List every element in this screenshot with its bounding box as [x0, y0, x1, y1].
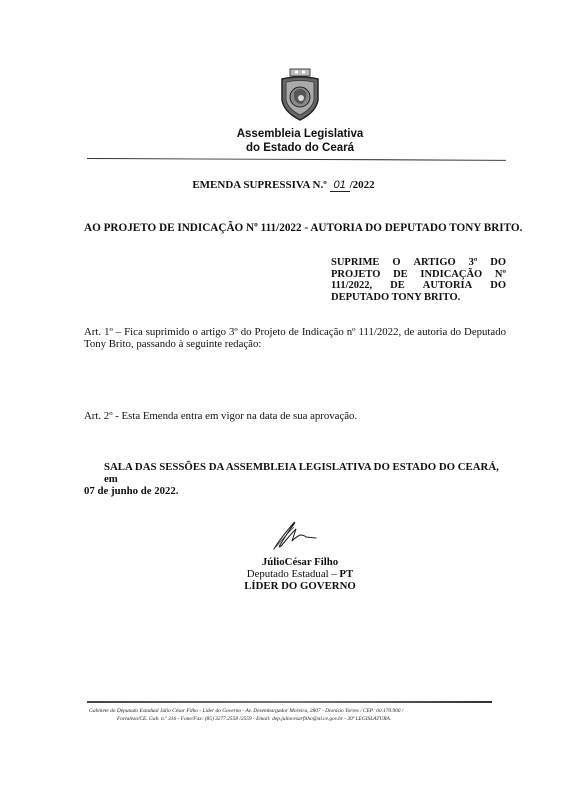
institution-name-line2: do Estado do Ceará [200, 141, 400, 155]
ementa-word: AUTORIA [423, 280, 472, 292]
footer-divider [87, 701, 492, 703]
session-hall-line1: SALA DAS SESSÕES DA ASSEMBLEIA LEGISLATI… [84, 461, 506, 485]
session-date: 07 de junho de 2022. [84, 485, 506, 497]
ementa-word: DO [490, 280, 506, 292]
ementa-word: SUPRIME [331, 257, 379, 269]
ementa-word: 111/2022, [331, 280, 372, 292]
amendment-number: 01 [330, 179, 350, 192]
amendment-title-suffix: /2022 [350, 179, 375, 191]
header-divider [87, 158, 506, 161]
signatory-title: LÍDER DO GOVERNO [200, 580, 400, 592]
signatory-role-text: Deputado Estadual – [247, 568, 340, 580]
ementa-line: DEPUTADO TONY BRITO. [331, 292, 506, 304]
signatory-role: Deputado Estadual – PT [200, 568, 400, 580]
institution-name-line1: Assembleia Legislativa [200, 127, 400, 141]
ementa-word: DO [490, 257, 506, 269]
ementa-word: INDICAÇÃO [420, 269, 482, 281]
amendment-title-prefix: EMENDA SUPRESSIVA N.º [192, 179, 329, 191]
ementa-word: O [392, 257, 400, 269]
footer-address-line1: Gabinete do Deputado Estadual Júlio Césa… [89, 707, 403, 715]
ementa-word: DE [390, 280, 405, 292]
ementa-word: DE [393, 269, 408, 281]
ementa-block: SUPRIMEOARTIGO3ºDOPROJETODEINDICAÇÃONº11… [331, 257, 506, 303]
ementa-word: Nº [495, 269, 506, 281]
ementa-word: 3º [469, 257, 478, 269]
article-2: Art. 2º - Esta Emenda entra em vigor na … [84, 410, 506, 422]
ceara-coat-of-arms-icon [278, 68, 322, 122]
session-hall-closing: SALA DAS SESSÕES DA ASSEMBLEIA LEGISLATI… [84, 461, 506, 497]
article-1: Art. 1º – Fica suprimido o artigo 3º do … [84, 326, 506, 350]
ementa-word: ARTIGO [413, 257, 455, 269]
footer-address-line2: Fortaleza/CE. Gab. n.º 316 - Fone/Fax: (… [117, 715, 391, 723]
ementa-line: PROJETODEINDICAÇÃONº [331, 269, 506, 281]
project-title: AO PROJETO DE INDICAÇÃO Nº 111/2022 - AU… [84, 222, 504, 234]
signatory-party: PT [339, 568, 353, 580]
ementa-word: PROJETO [331, 269, 380, 281]
ementa-word: DEPUTADO TONY BRITO. [331, 292, 460, 304]
handwritten-signature-icon [270, 515, 320, 553]
ementa-line: 111/2022,DEAUTORIADO [331, 280, 506, 292]
ementa-line: SUPRIMEOARTIGO3ºDO [331, 257, 506, 269]
signatory-name: JúlioCésar Filho [200, 556, 400, 568]
amendment-title: EMENDA SUPRESSIVA N.º 01/2022 [0, 179, 567, 192]
